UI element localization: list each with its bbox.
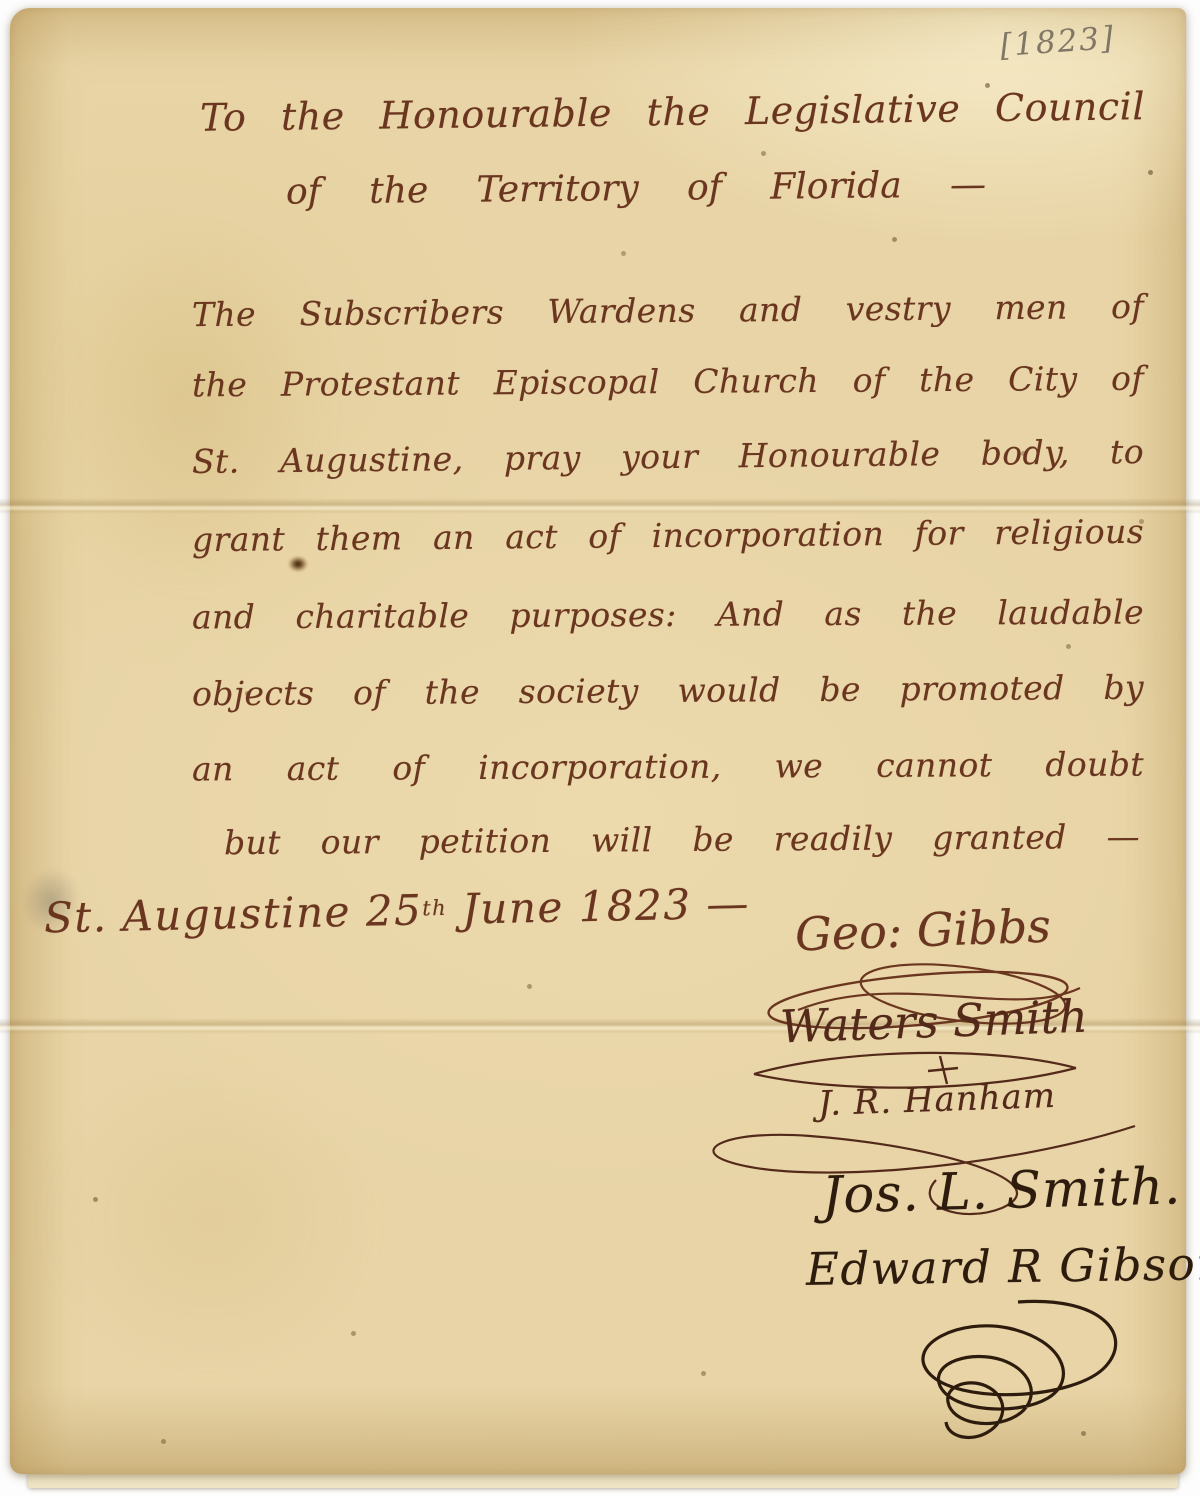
body-line: objects of the society would be promoted… bbox=[192, 668, 1144, 714]
body-line: but our petition will be readily granted… bbox=[224, 817, 1140, 862]
water-stain bbox=[50, 1068, 370, 1368]
signature-jos-l-smith: Jos. L. Smith. bbox=[821, 1157, 1182, 1225]
signature-edward-gibson: Edward R Gibson bbox=[806, 1237, 1200, 1296]
body-line: The Subscribers Wardens and vestry men o… bbox=[192, 287, 1144, 334]
body-line: the Protestant Episcopal Church of the C… bbox=[192, 359, 1144, 405]
bottom-spiral-flourish bbox=[868, 1296, 1138, 1476]
ink-stain bbox=[288, 556, 308, 572]
heading-line-2: of the Territory of Florida — bbox=[286, 164, 986, 212]
document-scan: [1823] To the Honourable the Legislative… bbox=[0, 0, 1200, 1496]
paper-speckles bbox=[0, 0, 3, 3]
body-line: grant them an act of incorporation for r… bbox=[192, 512, 1144, 559]
body-line: and charitable purposes: And as the laud… bbox=[192, 593, 1144, 637]
body-line: an act of incorporation, we cannot doubt bbox=[192, 745, 1144, 789]
ordinal-superscript: th bbox=[422, 896, 447, 921]
